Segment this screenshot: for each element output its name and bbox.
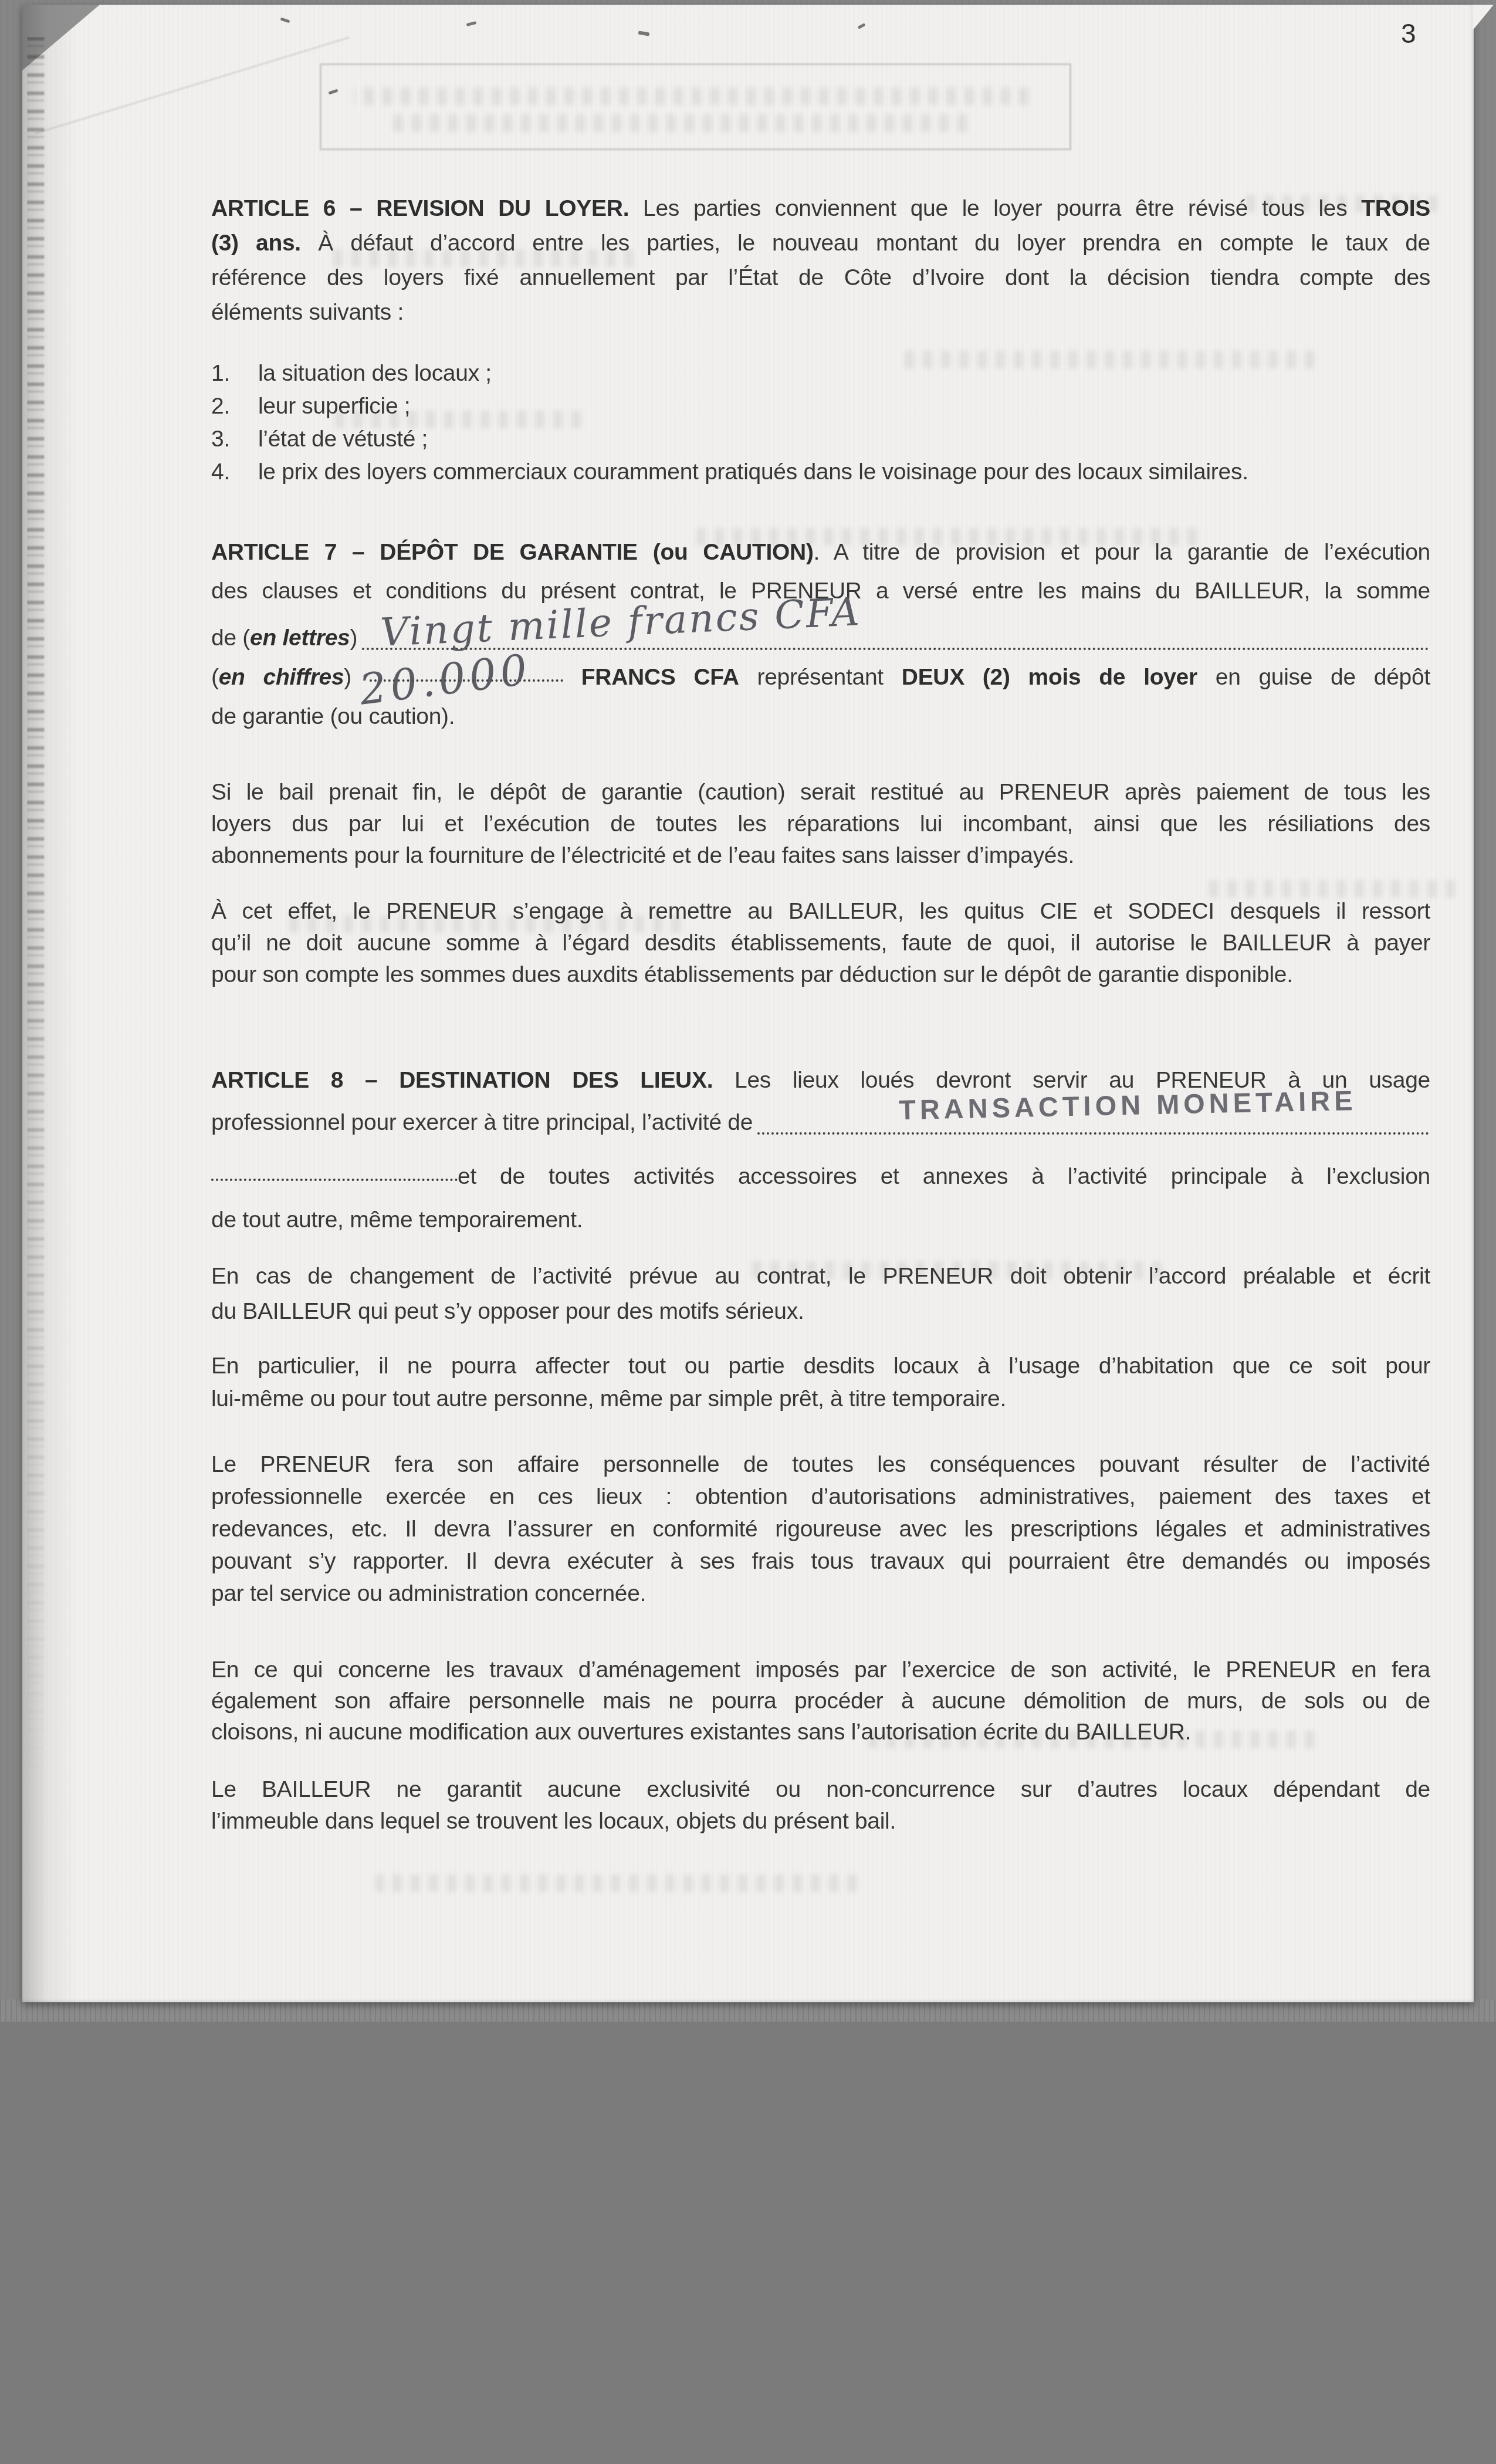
scanner-band: [0, 1999, 1496, 2022]
staple-mark: [466, 21, 477, 26]
quitus-paragraph: À cet effet, le PRENEUR s’engage à remet…: [211, 896, 1430, 991]
article-6-paragraph: ARTICLE 6 – REVISION DU LOYER. Les parti…: [211, 191, 1430, 330]
page-number: 3: [1401, 18, 1416, 49]
works-restriction-paragraph: En ce qui concerne les travaux d’aménage…: [211, 1654, 1430, 1748]
non-exclusivity-paragraph: Le BAILLEUR ne garantit aucune exclusivi…: [211, 1774, 1430, 1837]
staple-mark: [638, 31, 650, 36]
activity-change-paragraph: En cas de changement de l’activité prévu…: [211, 1259, 1430, 1329]
bleed-through-smudge: [392, 114, 967, 132]
scan-page: 3 ARTICLE 6 – REVISION DU LOYER. Les par…: [22, 5, 1474, 2002]
staple-mark: [280, 18, 290, 23]
corner-wedge: [1473, 5, 1494, 31]
left-edge-artifact: [27, 37, 45, 1885]
bleed-through-box: [320, 63, 1071, 150]
tenant-responsibility-paragraph: Le PRENEUR fera son affaire personnelle …: [211, 1448, 1430, 1610]
revision-criteria-list: 1.la situation des locaux ;2.leur superf…: [211, 357, 1430, 489]
staple-mark: [858, 23, 866, 29]
habitation-restriction-paragraph: En particulier, il ne pourra affecter to…: [211, 1350, 1430, 1416]
bleed-through-smudge: [1209, 880, 1455, 898]
bleed-through-smudge: [354, 87, 1028, 105]
deposit-restitution-paragraph: Si le bail prenait fin, le dépôt de gara…: [211, 777, 1430, 872]
scanned-lease-page-3: { "doc": { "page_number": "3", "article6…: [0, 0, 1496, 2464]
bleed-through-smudge: [375, 1874, 857, 1892]
